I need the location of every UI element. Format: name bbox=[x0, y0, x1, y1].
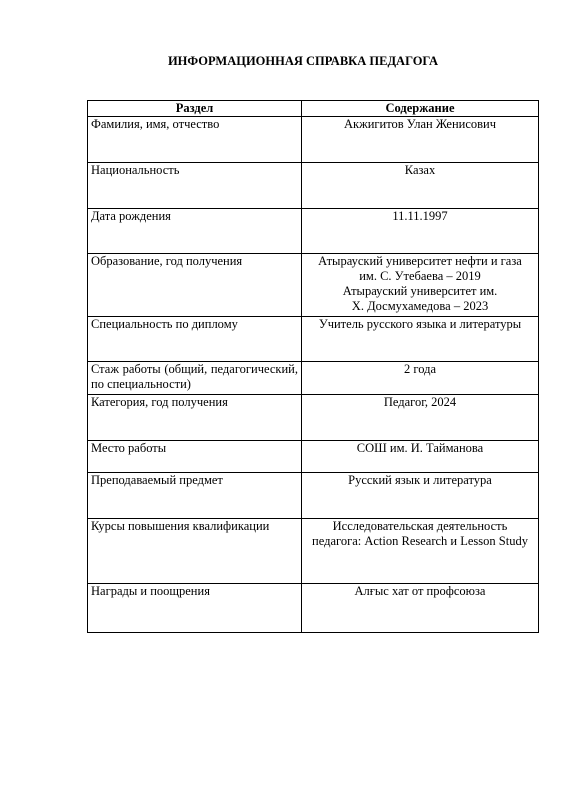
row-value: Русский язык и литература bbox=[302, 473, 539, 519]
table-row: Награды и поощренияАлғыс хат от профсоюз… bbox=[88, 584, 539, 633]
row-value: Педагог, 2024 bbox=[302, 395, 539, 441]
row-value: СОШ им. И. Тайманова bbox=[302, 441, 539, 473]
value-line: Х. Досмухамедова – 2023 bbox=[305, 299, 535, 314]
row-value: Исследовательская деятельностьпедагога: … bbox=[302, 519, 539, 584]
info-table: Раздел Содержание Фамилия, имя, отчество… bbox=[87, 100, 539, 633]
value-line: 2 года bbox=[305, 362, 535, 377]
table-row: Преподаваемый предметРусский язык и лите… bbox=[88, 473, 539, 519]
table-row: НациональностьКазах bbox=[88, 163, 539, 209]
row-label: Образование, год получения bbox=[88, 254, 302, 317]
document-title: ИНФОРМАЦИОННАЯ СПРАВКА ПЕДАГОГА bbox=[0, 54, 566, 69]
row-label: Место работы bbox=[88, 441, 302, 473]
header-section: Раздел bbox=[88, 101, 302, 117]
table-row: Категория, год полученияПедагог, 2024 bbox=[88, 395, 539, 441]
row-label: Категория, год получения bbox=[88, 395, 302, 441]
value-line: Учитель русского языка и литературы bbox=[305, 317, 535, 332]
row-label: Награды и поощрения bbox=[88, 584, 302, 633]
value-line: СОШ им. И. Тайманова bbox=[305, 441, 535, 456]
row-label: Курсы повышения квалификации bbox=[88, 519, 302, 584]
value-line: им. С. Утебаева – 2019 bbox=[305, 269, 535, 284]
row-value: 11.11.1997 bbox=[302, 209, 539, 254]
row-label: Фамилия, имя, отчество bbox=[88, 117, 302, 163]
row-label: Дата рождения bbox=[88, 209, 302, 254]
value-line: 11.11.1997 bbox=[305, 209, 535, 224]
value-line: Казах bbox=[305, 163, 535, 178]
table-row: Место работыСОШ им. И. Тайманова bbox=[88, 441, 539, 473]
row-value: 2 года bbox=[302, 362, 539, 395]
value-line: Атырауский университет нефти и газа bbox=[305, 254, 535, 269]
row-value: Атырауский университет нефти и газаим. С… bbox=[302, 254, 539, 317]
value-line: Русский язык и литература bbox=[305, 473, 535, 488]
row-value: Казах bbox=[302, 163, 539, 209]
value-line: Исследовательская деятельность bbox=[305, 519, 535, 534]
header-content: Содержание bbox=[302, 101, 539, 117]
row-label: Преподаваемый предмет bbox=[88, 473, 302, 519]
row-value: Алғыс хат от профсоюза bbox=[302, 584, 539, 633]
table-row: Специальность по дипломуУчитель русского… bbox=[88, 317, 539, 362]
table-row: Фамилия, имя, отчествоАкжигитов Улан Жен… bbox=[88, 117, 539, 163]
table-row: Образование, год полученияАтырауский уни… bbox=[88, 254, 539, 317]
row-label: Национальность bbox=[88, 163, 302, 209]
value-line: педагога: Action Research и Lesson Study bbox=[305, 534, 535, 549]
value-line: Акжигитов Улан Женисович bbox=[305, 117, 535, 132]
value-line: Атырауский университет им. bbox=[305, 284, 535, 299]
row-value: Учитель русского языка и литературы bbox=[302, 317, 539, 362]
table-row: Стаж работы (общий, педагогический, по с… bbox=[88, 362, 539, 395]
value-line: Алғыс хат от профсоюза bbox=[305, 584, 535, 599]
table-row: Курсы повышения квалификацииИсследовател… bbox=[88, 519, 539, 584]
row-label: Стаж работы (общий, педагогический, по с… bbox=[88, 362, 302, 395]
row-label: Специальность по диплому bbox=[88, 317, 302, 362]
table-header-row: Раздел Содержание bbox=[88, 101, 539, 117]
table-row: Дата рождения11.11.1997 bbox=[88, 209, 539, 254]
value-line: Педагог, 2024 bbox=[305, 395, 535, 410]
row-value: Акжигитов Улан Женисович bbox=[302, 117, 539, 163]
